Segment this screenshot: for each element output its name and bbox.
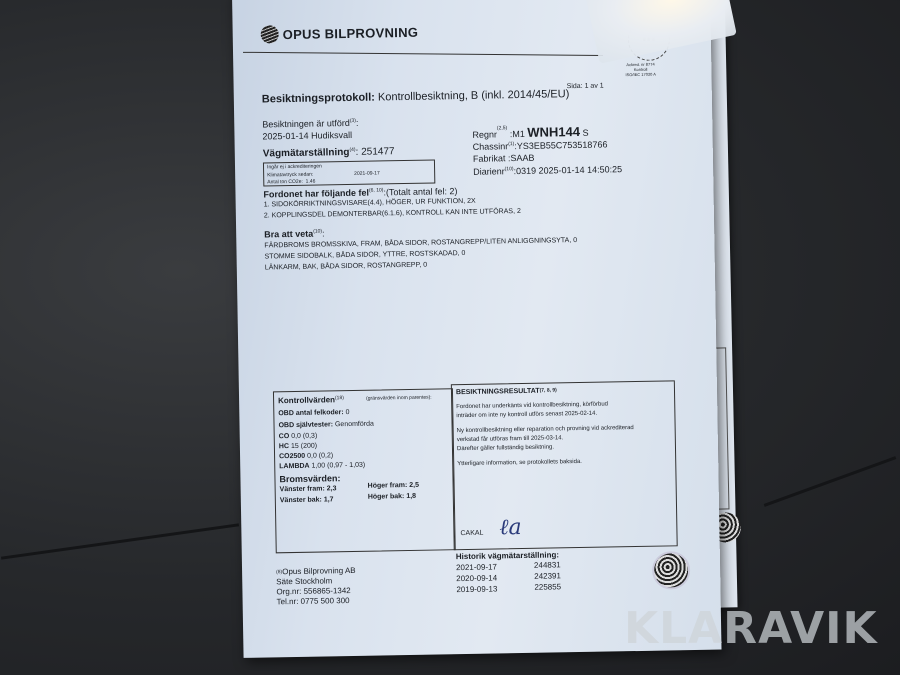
header-rule <box>243 52 603 56</box>
regnr-suffix: S <box>582 128 588 138</box>
good-to-know-title: Bra att veta <box>264 229 313 240</box>
control-value: 0 <box>346 409 350 416</box>
climate-line: Antal ton CO2e: 1.46 <box>267 177 431 187</box>
result-heading: BESIKTNINGSRESULTAT(7, 8, 9) <box>456 387 557 396</box>
climate-label: Klimatavtryck sedan: <box>267 171 313 178</box>
result-title: BESIKTNINGSRESULTAT <box>456 388 540 396</box>
accred-line: ISO/IEC 17020 A <box>625 72 656 78</box>
result-line: Ytterligare information, se protokollets… <box>457 457 634 469</box>
control-values-heading: Kontrollvärden(18) <box>278 395 344 405</box>
control-row: CO 0,0 (0,3) <box>279 433 318 441</box>
control-values-title: Kontrollvärden <box>278 395 335 405</box>
result-text: Fordonet har underkänts vid kontrollbesi… <box>456 400 634 469</box>
chassis-label: Chassinr <box>473 141 509 152</box>
company-info: (8)Opus Bilprovning AB Säte Stockholm Or… <box>276 566 356 607</box>
inspector-signature: ℓa <box>499 514 522 540</box>
brake-heading: Bromsvärden: <box>279 473 340 484</box>
control-label: CO <box>279 433 290 440</box>
footnote: (3) <box>350 118 356 124</box>
footnote: (7, 8, 9) <box>540 387 557 393</box>
control-value: Genomförda <box>335 421 374 429</box>
odometer-label: Vägmätarställning <box>263 147 350 160</box>
climate-box: Ingår ej i ackrediteringen Klimatavtryck… <box>263 159 435 186</box>
odometer-value: : 251477 <box>356 146 395 158</box>
company-tel: Tel.nr: 0775 500 300 <box>277 596 357 607</box>
control-label: OBD antal felkoder: <box>278 409 343 417</box>
fault-item: 2. KOPPLINGSDEL DEMONTERBAR(6.1.6), KONT… <box>264 208 521 219</box>
good-to-know-item: FÄRDBROMS BROMSSKIVA, FRAM, BÅDA SIDOR, … <box>264 237 577 249</box>
performed-value: 2025-01-14 Hudiksvall <box>262 130 352 142</box>
klaravik-watermark: KLARAVIK <box>624 603 878 654</box>
brake-right-front: Höger fram: 2,5 <box>368 482 419 490</box>
control-row: OBD antal felkoder: 0 <box>278 409 349 417</box>
history-heading: Historik vägmätarställning: <box>456 550 559 561</box>
opus-globe-icon <box>261 25 279 43</box>
protocol-title: Besiktningsprotokoll: Kontrollbesiktning… <box>262 88 570 105</box>
fault-item: 1. SIDOKÖRRIKTNINGSVISARE(4.4), HÖGER, U… <box>264 198 476 209</box>
climate-value: 2021-09-17 <box>354 170 380 178</box>
page-number: Sida: 1 av 1 <box>567 83 604 91</box>
inspection-result-box: BESIKTNINGSRESULTAT(7, 8, 9) Fordonet ha… <box>451 380 678 550</box>
control-row: HC 15 (200) <box>279 443 317 451</box>
history-value: 242391 <box>534 571 561 580</box>
brand-name: OPUS BILPROVNING <box>283 24 419 41</box>
company-name-text: Opus Bilprovning AB <box>282 566 356 576</box>
brake-left-front: Vänster fram: 2,3 <box>280 485 337 493</box>
good-to-know-heading: Bra att veta(10): <box>264 228 325 239</box>
climate-seal-icon <box>652 551 691 590</box>
odometer: Vägmätarställning(4): 251477 <box>263 146 395 159</box>
control-label: OBD självtester: <box>278 421 333 429</box>
control-row: OBD självtester: Genomförda <box>278 421 373 430</box>
control-label: LAMBDA <box>279 463 309 471</box>
brand-logo: OPUS BILPROVNING <box>261 23 419 44</box>
registration-number: WNH144 <box>527 124 580 140</box>
climate-value: 1.46 <box>306 179 316 185</box>
regnr-label: Regnr <box>472 129 497 139</box>
control-values-box: Kontrollvärden(18) (gränsvärden inom par… <box>273 388 456 553</box>
make: Fabrikat :SAAB <box>473 153 535 164</box>
history-value: 225855 <box>534 582 561 591</box>
faults-total: :(Totalt antal fel: 2) <box>383 186 457 197</box>
make-value: :SAAB <box>508 153 535 163</box>
good-to-know-item: STOMME SIDOBALK, BÅDA SIDOR, YTTRE, ROST… <box>265 250 466 261</box>
protocol-type: Kontrollbesiktning, B (inkl. 2014/45/EU) <box>378 88 570 103</box>
diary-label: Diarienr <box>473 166 505 177</box>
history-date: 2020-09-14 <box>456 573 497 583</box>
footnote: (6, 10) <box>369 187 384 193</box>
seat-seam <box>764 456 897 507</box>
history-value: 244831 <box>534 560 561 569</box>
diary-value: :0319 2025-01-14 14:50:25 <box>513 164 622 176</box>
control-label: HC <box>279 443 289 450</box>
chassis: Chassinr(1):YS3EB55C753518766 <box>473 139 608 151</box>
footnote: (10) <box>313 228 322 234</box>
control-value: 0,0 (0,2) <box>307 452 333 459</box>
control-value: 1,00 (0,97 - 1,03) <box>311 462 365 470</box>
faults-heading: Fordonet har följande fel(6, 10):(Totalt… <box>263 186 457 199</box>
control-row: LAMBDA 1,00 (0,97 - 1,03) <box>279 462 365 470</box>
performed-label: Besiktningen är utförd(3): <box>262 118 358 130</box>
good-to-know-item: LÄNKARM, BAK, BÅDA SIDOR, ROSTANGREPP, 0 <box>265 262 427 272</box>
inspector-name: CAKAL <box>460 530 483 537</box>
inspection-protocol-sheet: OPUS BILPROVNING ♛♛♛ Ackred. nr 8774 Kon… <box>232 0 722 658</box>
seat-seam <box>1 523 239 559</box>
performed-label-text: Besiktningen är utförd <box>262 118 350 130</box>
brake-right-rear: Höger bak: 1,8 <box>368 493 416 501</box>
diary: Diarienr(10):0319 2025-01-14 14:50:25 <box>473 164 622 177</box>
history-date: 2021-09-17 <box>456 562 497 572</box>
control-value: 0,0 (0,3) <box>291 433 317 440</box>
control-value: 15 (200) <box>291 443 317 450</box>
control-label: CO2500 <box>279 453 305 460</box>
chassis-value: :YS3EB55C753518766 <box>514 139 607 151</box>
limit-note: (gränsvärden inom parentes): <box>366 395 432 402</box>
footnote: (18) <box>335 395 344 401</box>
accreditation-sub: Ackred. nr 8774 Kontroll ISO/IEC 17020 A <box>625 62 656 78</box>
make-label: Fabrikat <box>473 153 506 164</box>
brake-left-rear: Vänster bak: 1,7 <box>280 496 334 504</box>
control-row: CO2500 0,0 (0,2) <box>279 452 333 460</box>
footnote: (2,5) <box>497 125 507 131</box>
faults-title: Fordonet har följande fel <box>263 188 369 200</box>
regnr: Regnr(2,5) :M1 WNH144 S <box>472 124 588 141</box>
protocol-label: Besiktningsprotokoll: <box>262 92 375 106</box>
regnr-prefix: :M1 <box>510 129 525 139</box>
history-date: 2019-09-13 <box>456 584 497 594</box>
climate-label: Antal ton CO2e: <box>267 179 303 186</box>
